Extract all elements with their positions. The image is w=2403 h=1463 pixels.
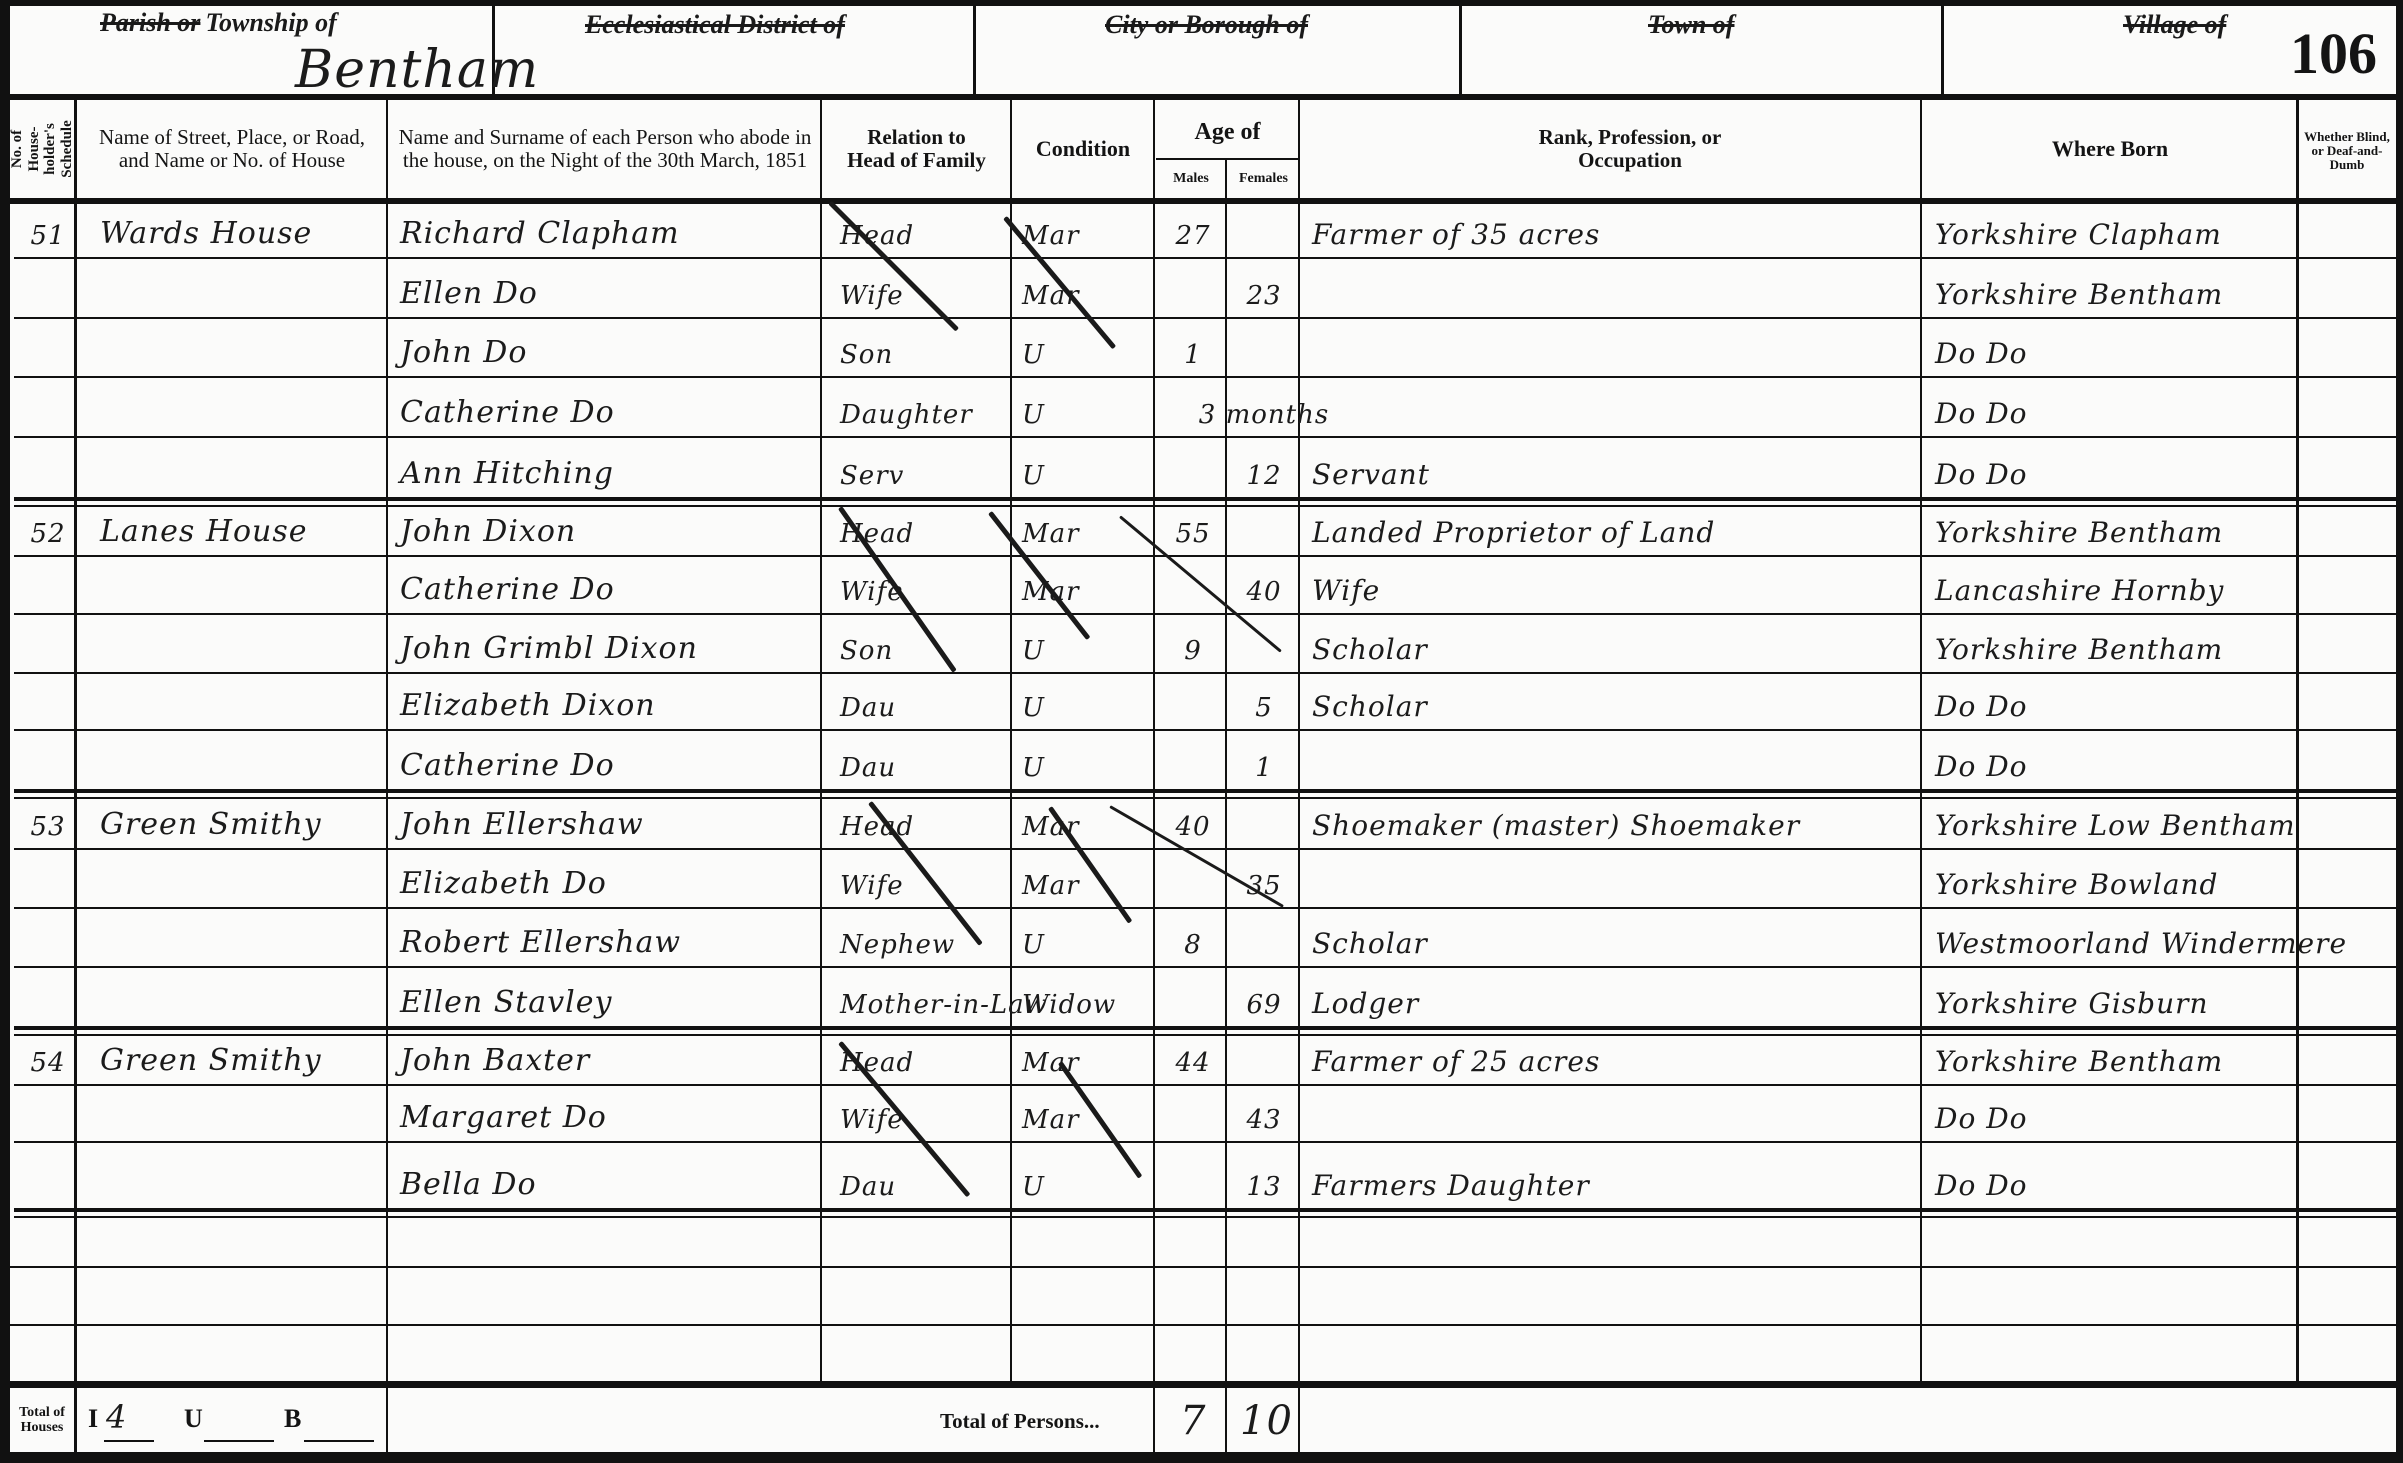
street-name [100, 1143, 385, 1208]
person-name: Ellen Stavley [400, 968, 815, 1026]
where-born: Yorkshire Bentham [1935, 615, 2295, 672]
street-name [100, 319, 385, 376]
person-name: Elizabeth Do [400, 850, 815, 907]
person-name: Catherine Do [400, 378, 815, 436]
street-name: Lanes House [100, 499, 385, 555]
inhabited-value: 4 [106, 1398, 127, 1436]
male-age: 1 [1162, 319, 1224, 376]
male-age [1162, 850, 1224, 907]
occupation [1312, 850, 1912, 907]
col-header-age: Age of [1156, 100, 1299, 164]
col-rule-6 [1225, 158, 1227, 1386]
where-born: Do Do [1935, 674, 2295, 729]
schedule-number: 51 [22, 204, 74, 257]
totals-rule-4 [1225, 1386, 1227, 1452]
person-name: Catherine Do [400, 557, 815, 613]
household-divider-second [14, 1216, 2396, 1218]
schedule-number [22, 674, 74, 729]
street-name [100, 259, 385, 317]
relation: Head [840, 204, 1008, 257]
building-underline [304, 1440, 374, 1442]
relation: Head [840, 791, 1008, 848]
females-total: 10 [1240, 1398, 1293, 1444]
person-name: John Do [400, 319, 815, 376]
relation: Dau [840, 731, 1008, 789]
relation: Dau [840, 674, 1008, 729]
street-name: Green Smithy [100, 791, 385, 848]
relation: Nephew [840, 909, 1008, 966]
where-born: Do Do [1935, 438, 2295, 497]
street-name [100, 850, 385, 907]
street-name [100, 557, 385, 613]
total-persons-label: Total of Persons... [940, 1410, 1100, 1433]
female-age [1232, 615, 1296, 672]
person-name: Catherine Do [400, 731, 815, 789]
schedule-number [22, 378, 74, 436]
totals-rule-1 [74, 1386, 77, 1452]
village-label: Village of [2123, 10, 2226, 40]
schedule-number [22, 731, 74, 789]
occupation [1312, 259, 1912, 317]
relation: Wife [840, 850, 1008, 907]
schedule-number [22, 438, 74, 497]
col-header-females: Females [1228, 160, 1299, 198]
household-divider [14, 1208, 2396, 1212]
township-text: Township of [206, 8, 337, 37]
condition: U [1022, 378, 1150, 436]
schedule-number [22, 259, 74, 317]
where-born: Yorkshire Bentham [1935, 499, 2295, 555]
relation: Serv [840, 438, 1008, 497]
totals-top-rule [0, 1381, 2403, 1388]
condition: U [1022, 615, 1150, 672]
schedule-number [22, 615, 74, 672]
where-born: Yorkshire Bentham [1935, 259, 2295, 317]
occupation: Scholar [1312, 674, 1912, 729]
totals-rule-5 [1298, 1386, 1300, 1452]
person-name: Robert Ellershaw [400, 909, 815, 966]
female-age: 35 [1232, 850, 1296, 907]
female-age: 5 [1232, 674, 1296, 729]
col-header-males: Males [1156, 160, 1226, 198]
condition: U [1022, 731, 1150, 789]
occupation [1312, 378, 1912, 436]
parish-struck-text: Parish or [100, 8, 200, 37]
schedule-number [22, 850, 74, 907]
occupation: Scholar [1312, 615, 1912, 672]
where-born: Yorkshire Gisburn [1935, 968, 2295, 1026]
street-name [100, 1086, 385, 1141]
street-name [100, 674, 385, 729]
col-rule-4 [1010, 96, 1012, 1386]
males-total: 7 [1180, 1398, 1206, 1444]
census-page: Parish or Township of Bentham Ecclesiast… [0, 0, 2403, 1463]
parish-label: Parish or Township of [100, 8, 337, 38]
person-name: Ellen Do [400, 259, 815, 317]
blank-row-rule-2 [10, 1324, 2396, 1326]
condition: Mar [1022, 259, 1150, 317]
col-rule-2 [386, 96, 388, 1386]
male-age [1162, 968, 1224, 1026]
male-age [1162, 259, 1224, 317]
col-header-schedule: No. of House-holder's Schedule [10, 100, 74, 198]
condition: Mar [1022, 1028, 1150, 1084]
occupation: Landed Proprietor of Land [1312, 499, 1912, 555]
male-age [1162, 557, 1224, 613]
condition: Mar [1022, 204, 1150, 257]
person-name: Ann Hitching [400, 438, 815, 497]
relation: Daughter [840, 378, 1008, 436]
col-rule-9 [2296, 96, 2299, 1386]
col-header-name: Name and Surname of each Person who abod… [390, 100, 820, 198]
col-rule-8 [1920, 96, 1922, 1386]
female-age: 43 [1232, 1086, 1296, 1141]
where-born: Do Do [1935, 1143, 2295, 1208]
female-age: 12 [1232, 438, 1296, 497]
male-age: 44 [1162, 1028, 1224, 1084]
occupation [1312, 731, 1912, 789]
where-born: Yorkshire Bowland [1935, 850, 2295, 907]
person-name: Margaret Do [400, 1086, 815, 1141]
street-name: Wards House [100, 204, 385, 257]
schedule-number [22, 968, 74, 1026]
person-name: John Baxter [400, 1028, 815, 1084]
female-age: 13 [1232, 1143, 1296, 1208]
schedule-number [22, 1086, 74, 1141]
where-born: Yorkshire Bentham [1935, 1028, 2295, 1084]
condition: Mar [1022, 1086, 1150, 1141]
female-age: 1 [1232, 731, 1296, 789]
town-label: Town of [1648, 10, 1734, 40]
uninhabited-underline [204, 1440, 274, 1442]
occupation [1312, 319, 1912, 376]
occupation: Lodger [1312, 968, 1912, 1026]
male-age [1162, 438, 1224, 497]
person-name: John Grimbl Dixon [400, 615, 815, 672]
female-age [1232, 791, 1296, 848]
condition: U [1022, 319, 1150, 376]
page-number: 106 [2290, 22, 2377, 86]
col-rule-7 [1298, 96, 1300, 1386]
street-name [100, 615, 385, 672]
top-divider-3 [1459, 0, 1462, 96]
street-name [100, 909, 385, 966]
relation: Mother-in-Law [840, 968, 1008, 1026]
col-header-where-born: Where Born [1924, 100, 2296, 198]
occupation: Servant [1312, 438, 1912, 497]
relation: Wife [840, 557, 1008, 613]
female-age [1232, 499, 1296, 555]
inhabited-label: I [88, 1405, 98, 1434]
street-name [100, 438, 385, 497]
occupation: Wife [1312, 557, 1912, 613]
occupation [1312, 1086, 1912, 1141]
male-age: 8 [1162, 909, 1224, 966]
inhabited-underline [104, 1440, 154, 1442]
female-age [1232, 319, 1296, 376]
left-border [0, 0, 10, 1463]
where-born: Westmoorland Windermere [1935, 909, 2295, 966]
condition: U [1022, 438, 1150, 497]
male-age [1162, 674, 1224, 729]
occupation: Farmers Daughter [1312, 1143, 1912, 1208]
relation: Wife [840, 259, 1008, 317]
female-age: 23 [1232, 259, 1296, 317]
uninhabited-label: U [184, 1405, 203, 1434]
col-header-condition: Condition [1013, 100, 1153, 198]
totals-rule-3 [1153, 1386, 1155, 1452]
schedule-number [22, 557, 74, 613]
top-divider-4 [1941, 0, 1944, 96]
parish-value: Bentham [295, 40, 539, 100]
occupation: Scholar [1312, 909, 1912, 966]
schedule-number: 53 [22, 791, 74, 848]
where-born: Yorkshire Clapham [1935, 204, 2295, 257]
female-age [1232, 204, 1296, 257]
col-header-occupation: Rank, Profession, or Occupation [1500, 100, 1760, 198]
schedule-number: 52 [22, 499, 74, 555]
street-name: Green Smithy [100, 1028, 385, 1084]
right-border [2396, 0, 2403, 1463]
col-header-street: Name of Street, Place, or Road, and Name… [78, 100, 386, 198]
relation: Dau [840, 1143, 1008, 1208]
male-age [1162, 1086, 1224, 1141]
relation: Son [840, 319, 1008, 376]
street-name [100, 731, 385, 789]
condition: Mar [1022, 557, 1150, 613]
relation: Wife [840, 1086, 1008, 1141]
male-age [1162, 731, 1224, 789]
col-rule-3 [820, 96, 822, 1386]
condition: U [1022, 674, 1150, 729]
schedule-number [22, 909, 74, 966]
person-name: John Dixon [400, 499, 815, 555]
female-age [1232, 909, 1296, 966]
where-born: Lancashire Hornby [1935, 557, 2295, 613]
building-label: B [284, 1405, 301, 1434]
occupation: Farmer of 35 acres [1312, 204, 1912, 257]
schedule-number [22, 319, 74, 376]
col-rule-5 [1153, 96, 1155, 1386]
street-name [100, 378, 385, 436]
totals-rule-2 [386, 1386, 388, 1452]
female-age: 69 [1232, 968, 1296, 1026]
person-name: Richard Clapham [400, 204, 815, 257]
bottom-border [0, 1452, 2403, 1463]
ecclesiastical-label: Ecclesiastical District of [585, 10, 845, 40]
male-age: 27 [1162, 204, 1224, 257]
street-name [100, 968, 385, 1026]
female-age: 3 months [1232, 378, 1296, 436]
person-name: John Ellershaw [400, 791, 815, 848]
schedule-number [22, 1143, 74, 1208]
where-born: Yorkshire Low Bentham [1935, 791, 2295, 848]
col-header-blind-deaf: Whether Blind, or Deaf-and-Dumb [2300, 104, 2394, 198]
male-age: 55 [1162, 499, 1224, 555]
female-age [1232, 1028, 1296, 1084]
male-age: 9 [1162, 615, 1224, 672]
person-name: Bella Do [400, 1143, 815, 1208]
city-label: City or Borough of [1105, 10, 1308, 40]
where-born: Do Do [1935, 319, 2295, 376]
top-divider-2 [973, 0, 976, 96]
female-age: 40 [1232, 557, 1296, 613]
total-houses-label: Total of Houses [10, 1388, 74, 1452]
occupation: Shoemaker (master) Shoemaker [1312, 791, 1912, 848]
condition: U [1022, 1143, 1150, 1208]
col-header-schedule-text: No. of House-holder's Schedule [9, 117, 75, 181]
where-born: Do Do [1935, 731, 2295, 789]
occupation: Farmer of 25 acres [1312, 1028, 1912, 1084]
condition: Widow [1022, 968, 1150, 1026]
male-age [1162, 1143, 1224, 1208]
schedule-number: 54 [22, 1028, 74, 1084]
blank-row-rule-1 [10, 1266, 2396, 1268]
where-born: Do Do [1935, 378, 2295, 436]
person-name: Elizabeth Dixon [400, 674, 815, 729]
col-header-relation: Relation to Head of Family [823, 100, 1010, 198]
top-border [0, 0, 2403, 6]
col-rule-1 [74, 96, 77, 1386]
where-born: Do Do [1935, 1086, 2295, 1141]
